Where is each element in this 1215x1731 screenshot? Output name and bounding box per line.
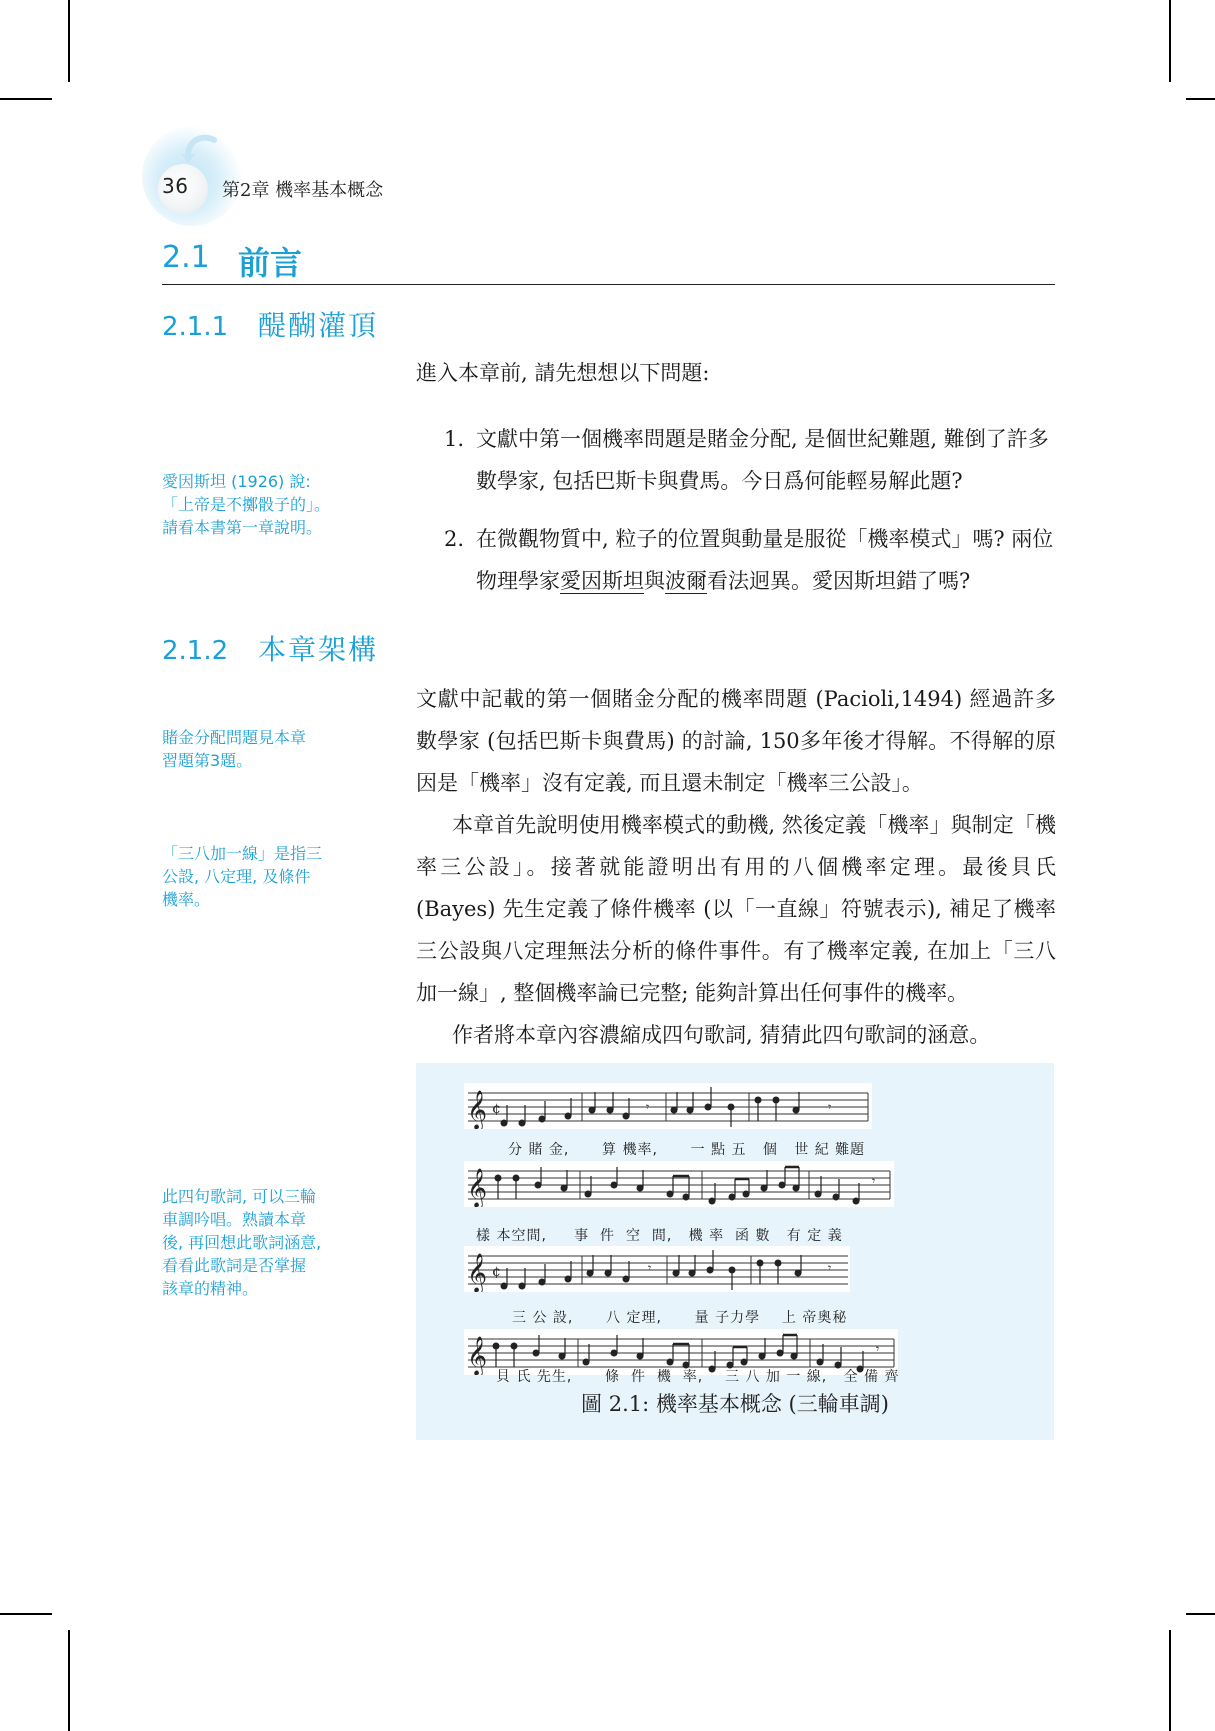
margin-note-line: 「三八加一線」是指三 (162, 842, 362, 865)
svg-text:𝄞: 𝄞 (467, 1168, 487, 1207)
subsection-title: 醍醐灌頂 (258, 309, 378, 342)
section-title: 前言 (238, 238, 302, 284)
margin-note-line: 機率。 (162, 888, 362, 911)
margin-note-line: 此四句歌詞, 可以三輪 (162, 1185, 362, 1208)
svg-text:𝄾: 𝄾 (828, 1261, 831, 1275)
running-header: 36 第2章 機率基本概念 (150, 140, 570, 210)
margin-note-line: 賭金分配問題見本章 (162, 726, 362, 749)
crop-mark (1186, 98, 1215, 100)
section-number: 2.1 (162, 240, 210, 275)
margin-note-line: 公設, 八定理, 及條件 (162, 865, 362, 888)
svg-text:𝄾: 𝄾 (828, 1100, 831, 1114)
structure-body: 文獻中記載的第一個賭金分配的機率問題 (Pacioli,1494) 經過許多數學… (416, 678, 1056, 1056)
lyrics-line: 分 賭 金, 算 機率, 一 點 五 個 世 紀 難題 (508, 1139, 865, 1159)
crop-mark (1169, 0, 1171, 82)
question-item: 2. 在微觀物質中, 粒子的位置與動量是服從「機率模式」嗎? 兩位物理學家愛因斯… (444, 518, 1056, 602)
paragraph: 本章首先說明使用機率模式的動機, 然後定義「機率」與制定「機率三公設」。接著就能… (416, 804, 1056, 1014)
question-number: 2. (444, 518, 464, 560)
question-list: 1. 文獻中第一個機率問題是賭金分配, 是個世紀難題, 難倒了許多數學家, 包括… (444, 418, 1056, 618)
running-title: 第2章 機率基本概念 (222, 176, 383, 202)
margin-note-line: 看看此歌詞是否掌握 (162, 1254, 362, 1277)
section-heading: 2.1 前言 (162, 238, 1055, 285)
figure-caption: 圖 2.1: 機率基本概念 (三輪車調) (416, 1388, 1054, 1418)
crop-mark (1169, 1630, 1171, 1731)
lyrics-line: 樣 本空間, 事 件 空 間, 機 率 函 數 有 定 義 (476, 1225, 843, 1245)
subsection-heading: 2.1.2本章架構 (162, 628, 378, 668)
margin-note: 此四句歌詞, 可以三輪 車調吟唱。熟讀本章 後, 再回想此歌詞涵意, 看看此歌詞… (162, 1185, 362, 1300)
svg-text:𝄾: 𝄾 (876, 1342, 879, 1356)
page-number: 36 (162, 174, 188, 198)
subsection-number: 2.1.1 (162, 312, 258, 342)
margin-note-line: 「上帝是不擲骰子的」。 (162, 493, 362, 516)
margin-note-line: 愛因斯坦 (1926) 說: (162, 470, 362, 493)
crop-mark (1186, 1613, 1215, 1615)
figure-music-score: 𝄞 ¢ 𝄾𝄾 分 賭 金, 算 機率, 一 點 五 個 世 紀 難題 (416, 1063, 1054, 1440)
intro-lead: 進入本章前, 請先想想以下問題: (416, 352, 1056, 394)
music-staff: 𝄞 𝄾 (464, 1161, 894, 1207)
question-number: 1. (444, 418, 464, 460)
crop-mark (0, 1613, 52, 1615)
underlined-term-einstein: 愛因斯坦 (560, 569, 644, 594)
svg-text:𝄾: 𝄾 (872, 1174, 875, 1188)
margin-note-line: 後, 再回想此歌詞涵意, (162, 1231, 362, 1254)
subsection-title: 本章架構 (258, 633, 378, 666)
crop-mark (68, 1630, 70, 1731)
margin-note: 「三八加一線」是指三 公設, 八定理, 及條件 機率。 (162, 842, 362, 911)
paragraph: 作者將本章內容濃縮成四句歌詞, 猜猜此四句歌詞的涵意。 (416, 1014, 1056, 1056)
svg-text:𝄞: 𝄞 (467, 1253, 487, 1292)
question-text: 文獻中第一個機率問題是賭金分配, 是個世紀難題, 難倒了許多數學家, 包括巴斯卡… (476, 427, 1049, 493)
svg-text:𝄞: 𝄞 (467, 1336, 487, 1375)
svg-text:¢: ¢ (492, 1101, 501, 1117)
crop-mark (0, 98, 52, 100)
intro-lead-text: 進入本章前, 請先想想以下問題: (416, 352, 1056, 394)
music-staff: 𝄞 ¢ 𝄾𝄾 (464, 1246, 850, 1292)
subsection-heading: 2.1.1醍醐灌頂 (162, 304, 378, 344)
music-staff: 𝄞 ¢ 𝄾𝄾 (464, 1083, 872, 1129)
margin-note-line: 車調吟唱。熟讀本章 (162, 1208, 362, 1231)
paragraph: 文獻中記載的第一個賭金分配的機率問題 (Pacioli,1494) 經過許多數學… (416, 678, 1056, 804)
question-text-after: 看法迥異。愛因斯坦錯了嗎? (707, 569, 970, 593)
svg-text:¢: ¢ (492, 1264, 501, 1280)
svg-text:𝄾: 𝄾 (646, 1100, 649, 1114)
lyrics-line: 三 公 設, 八 定理, 量 子力學 上 帝奧秘 (512, 1307, 847, 1327)
margin-note-line: 請看本書第一章說明。 (162, 516, 362, 539)
question-text-middle: 與 (644, 569, 665, 593)
margin-note: 愛因斯坦 (1926) 說: 「上帝是不擲骰子的」。 請看本書第一章說明。 (162, 470, 362, 539)
question-item: 1. 文獻中第一個機率問題是賭金分配, 是個世紀難題, 難倒了許多數學家, 包括… (444, 418, 1056, 502)
underlined-term-bohr: 波爾 (665, 569, 707, 594)
margin-note: 賭金分配問題見本章 習題第3題。 (162, 726, 362, 772)
lyrics-line: 貝 氏 先生, 條 件 機 率, 三 八 加 一 線, 全 備 齊 (496, 1366, 900, 1386)
margin-note-line: 習題第3題。 (162, 749, 362, 772)
svg-text:𝄾: 𝄾 (648, 1261, 651, 1275)
crop-mark (68, 0, 70, 82)
subsection-number: 2.1.2 (162, 636, 258, 666)
margin-note-line: 該章的精神。 (162, 1277, 362, 1300)
svg-text:𝄞: 𝄞 (467, 1090, 487, 1129)
